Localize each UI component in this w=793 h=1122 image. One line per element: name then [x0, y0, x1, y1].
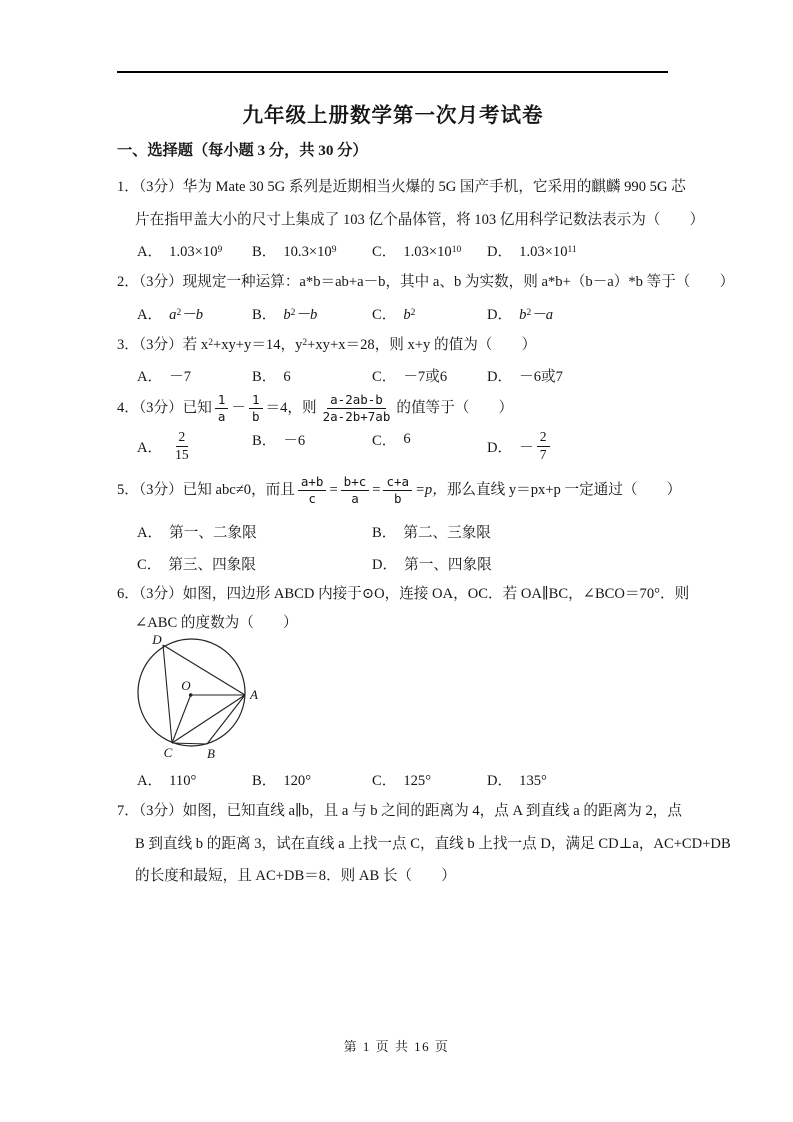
fraction-denominator: b [391, 491, 405, 507]
exponent: 2 [208, 338, 213, 348]
option-label: B． [252, 773, 276, 789]
q6-option-a: A．110° [137, 769, 196, 790]
option-value: 1.03×10 [519, 244, 567, 260]
fraction-numerator: 1 [249, 392, 263, 409]
segment-AB [207, 695, 245, 744]
option-label: C． [137, 557, 161, 573]
fraction-numerator: a-2ab-b [327, 392, 386, 409]
option-label: D． [372, 557, 397, 573]
fraction: 1a [215, 392, 229, 424]
option-value: 第二、三象限 [403, 525, 491, 541]
option-value: －6或7 [519, 369, 563, 385]
fraction: c+ab [383, 474, 412, 506]
exponent: 2 [302, 338, 307, 348]
q4-text: ＝4，则 [266, 398, 317, 419]
option-label: C． [372, 429, 396, 450]
fraction: b+ca [341, 474, 370, 506]
label-C: C [164, 745, 173, 760]
q3-option-c: C．－7或6 [372, 365, 447, 386]
q6-option-c: C．125° [372, 769, 431, 790]
exponent: 2 [176, 308, 181, 318]
option-label: C． [372, 307, 396, 323]
fraction: a-2ab-b2a-2b+7ab [320, 392, 394, 424]
radius-OC [172, 695, 191, 743]
q3-option-d: D．－6或7 [487, 365, 563, 386]
exam-content: 九年级上册数学第一次月考试卷 一、选择题（每小题 3 分，共 30 分） 1．（… [117, 0, 669, 1122]
q1-option-d: D．1.03×1011 [487, 240, 577, 261]
option-value: 135° [519, 773, 547, 789]
option-label: A． [137, 244, 162, 260]
q4-option-c: C．6 [372, 429, 411, 450]
option-label: A． [137, 369, 162, 385]
option-label: B． [252, 244, 276, 260]
q2-line-1: 2．（3分）现规定一种运算：a*b＝ab+a－b，其中 a、b 为实数，则 a*… [117, 272, 734, 293]
q5-option-a: A．第一、二象限 [137, 521, 257, 542]
option-value-tail: －a [531, 307, 553, 323]
option-value: 第一、四象限 [404, 557, 492, 573]
option-label: C． [372, 369, 396, 385]
fraction: 215 [172, 429, 192, 464]
q5-line-1: 5．（3分）已知 abc≠0，而且 a+bc = b+ca = c+ab =p，… [117, 470, 681, 510]
option-label: B． [252, 369, 276, 385]
option-label: A． [137, 773, 162, 789]
q7-line-2: B 到直线 b 的距离 3，试在直线 a 上找一点 C，直线 b 上找一点 D，… [135, 834, 731, 855]
option-value: －7 [169, 369, 191, 385]
q6-option-b: B．120° [252, 769, 311, 790]
option-value: 6 [403, 431, 410, 448]
option-value: 120° [283, 773, 311, 789]
option-label: D． [487, 244, 512, 260]
option-value: 10.3×10 [283, 244, 331, 260]
option-value: b [403, 307, 410, 323]
fraction-denominator: 7 [537, 447, 550, 464]
q4-text: 的值等于（ ） [396, 398, 513, 419]
option-label: B． [252, 429, 276, 450]
fraction-denominator: c [305, 491, 319, 507]
option-value: 第三、四象限 [168, 557, 256, 573]
q6-options: A．110° B．120° C．125° D．135° [117, 769, 669, 793]
q5-option-d: D．第一、四象限 [372, 553, 492, 574]
q4-line-1: 4．（3分）已知 1a － 1b ＝4，则 a-2ab-b2a-2b+7ab 的… [117, 388, 513, 428]
q5-options-row-2: C．第三、四象限 D．第一、四象限 [117, 553, 669, 577]
q6-option-d: D．135° [487, 769, 547, 790]
option-label: C． [372, 773, 396, 789]
section-heading: 一、选择题（每小题 3 分，共 30 分） [117, 139, 368, 160]
q3-line-1: 3．（3分）若 x2+xy+y＝14，y2+xy+x＝28，则 x+y 的值为（… [117, 335, 536, 356]
exponent: 2 [411, 308, 416, 318]
exponent: 2 [291, 308, 296, 318]
minus-sign: － [519, 436, 534, 457]
page-title: 九年级上册数学第一次月考试卷 [117, 98, 669, 128]
exam-page: 九年级上册数学第一次月考试卷 一、选择题（每小题 3 分，共 30 分） 1．（… [0, 0, 793, 1122]
q1-option-c: C．1.03×1010 [372, 240, 461, 261]
fraction-numerator: 1 [215, 392, 229, 409]
q2-option-b: B．b2－b [252, 303, 317, 324]
option-label: D． [487, 436, 512, 457]
fraction: a+bc [298, 474, 327, 506]
exponent: 2 [526, 308, 531, 318]
option-value: 125° [403, 773, 431, 789]
fraction-denominator: 2a-2b+7ab [320, 409, 394, 425]
q3-text: +xy+x＝28，则 x+y 的值为（ ） [307, 337, 536, 353]
option-value: b [283, 307, 290, 323]
q4-text: － [231, 398, 246, 419]
segment-AC [172, 695, 245, 743]
label-D: D [151, 632, 162, 647]
q6-line-1: 6．（3分）如图，四边形 ABCD 内接于⊙O，连接 OA，OC．若 OA∥BC… [117, 584, 689, 605]
fraction-denominator: 15 [172, 447, 192, 464]
option-label: D． [487, 773, 512, 789]
page-footer: 第 1 页 共 16 页 [0, 1036, 793, 1055]
option-label: A． [137, 307, 162, 323]
option-label: A． [137, 436, 162, 457]
label-B: B [207, 746, 215, 761]
equals-sign: = [372, 480, 380, 501]
q4-option-d: D．－27 [487, 429, 553, 464]
segment-DC [163, 645, 172, 743]
q3-text: 3．（3分）若 x [117, 337, 208, 353]
q5-option-b: B．第二、三象限 [372, 521, 491, 542]
exponent: 9 [332, 245, 337, 255]
option-label: B． [252, 307, 276, 323]
exponent: 9 [218, 245, 223, 255]
q7-line-3: 的长度和最短，且 AC+DB＝8．则 AB 长（ ） [135, 866, 456, 887]
segment-DA [163, 645, 245, 695]
equals-p: =p， [415, 480, 447, 501]
q7-line-1: 7．（3分）如图，已知直线 a∥b，且 a 与 b 之间的距离为 4，点 A 到… [117, 801, 682, 822]
option-value: 1.03×10 [403, 244, 451, 260]
q1-line-2: 片在指甲盖大小的尺寸上集成了 103 亿个晶体管，将 103 亿用科学记数法表示… [135, 210, 704, 231]
fraction-numerator: 2 [537, 429, 550, 447]
fraction-numerator: b+c [341, 474, 370, 491]
q4-option-a: A．215 [137, 429, 195, 464]
fraction-denominator: a [215, 409, 229, 425]
circle-diagram: D A O C B [127, 630, 287, 765]
q3-option-a: A．－7 [137, 365, 191, 386]
option-value: 1.03×10 [169, 244, 217, 260]
q3-options: A．－7 B．6 C．－7或6 D．－6或7 [117, 365, 669, 389]
option-label: D． [487, 307, 512, 323]
q2-option-c: C．b2 [372, 303, 415, 324]
option-label: C． [372, 244, 396, 260]
q1-option-b: B．10.3×109 [252, 240, 336, 261]
option-label: B． [372, 525, 396, 541]
q5-option-c: C．第三、四象限 [137, 553, 256, 574]
exponent: 10 [452, 245, 462, 255]
q4-options: A．215 B．－6 C．6 D．－27 [117, 429, 669, 467]
option-label: A． [137, 525, 162, 541]
q2-option-a: A．a2－b [137, 303, 203, 324]
q5-text: 那么直线 y＝px+p 一定通过（ ） [447, 480, 681, 501]
label-O: O [181, 678, 191, 693]
fraction-numerator: a+b [298, 474, 327, 491]
q3-text: +xy+y＝14，y [213, 337, 302, 353]
center-point [189, 693, 193, 697]
fraction: 1b [249, 392, 263, 424]
exponent: 11 [568, 245, 577, 255]
q5-text: 5．（3分）已知 abc≠0，而且 [117, 480, 295, 501]
q5-options-row-1: A．第一、二象限 B．第二、三象限 [117, 521, 669, 545]
fraction-numerator: 2 [176, 429, 189, 447]
option-value-tail: －b [295, 307, 317, 323]
fraction-numerator: c+a [383, 474, 412, 491]
q4-option-b: B．－6 [252, 429, 305, 450]
fraction-denominator: a [348, 491, 362, 507]
label-A: A [249, 687, 258, 702]
option-value: －7或6 [403, 369, 447, 385]
q4-text: 4．（3分）已知 [117, 398, 212, 419]
equals-sign: = [329, 480, 337, 501]
option-value: 第一、二象限 [169, 525, 257, 541]
fraction-denominator: b [249, 409, 263, 425]
q2-options: A．a2－b B．b2－b C．b2 D．b2－a [117, 303, 669, 327]
option-label: D． [487, 369, 512, 385]
q2-option-d: D．b2－a [487, 303, 553, 324]
q1-option-a: A．1.03×109 [137, 240, 222, 261]
option-value: 6 [283, 369, 290, 385]
q1-options: A．1.03×109 B．10.3×109 C．1.03×1010 D．1.03… [117, 240, 669, 264]
q3-option-b: B．6 [252, 365, 291, 386]
fraction: 27 [537, 429, 550, 464]
option-value: 110° [169, 773, 196, 789]
q1-line-1: 1．（3分）华为 Mate 30 5G 系列是近期相当火爆的 5G 国产手机，它… [117, 177, 686, 198]
option-value: －6 [283, 429, 305, 450]
option-value-tail: －b [181, 307, 203, 323]
